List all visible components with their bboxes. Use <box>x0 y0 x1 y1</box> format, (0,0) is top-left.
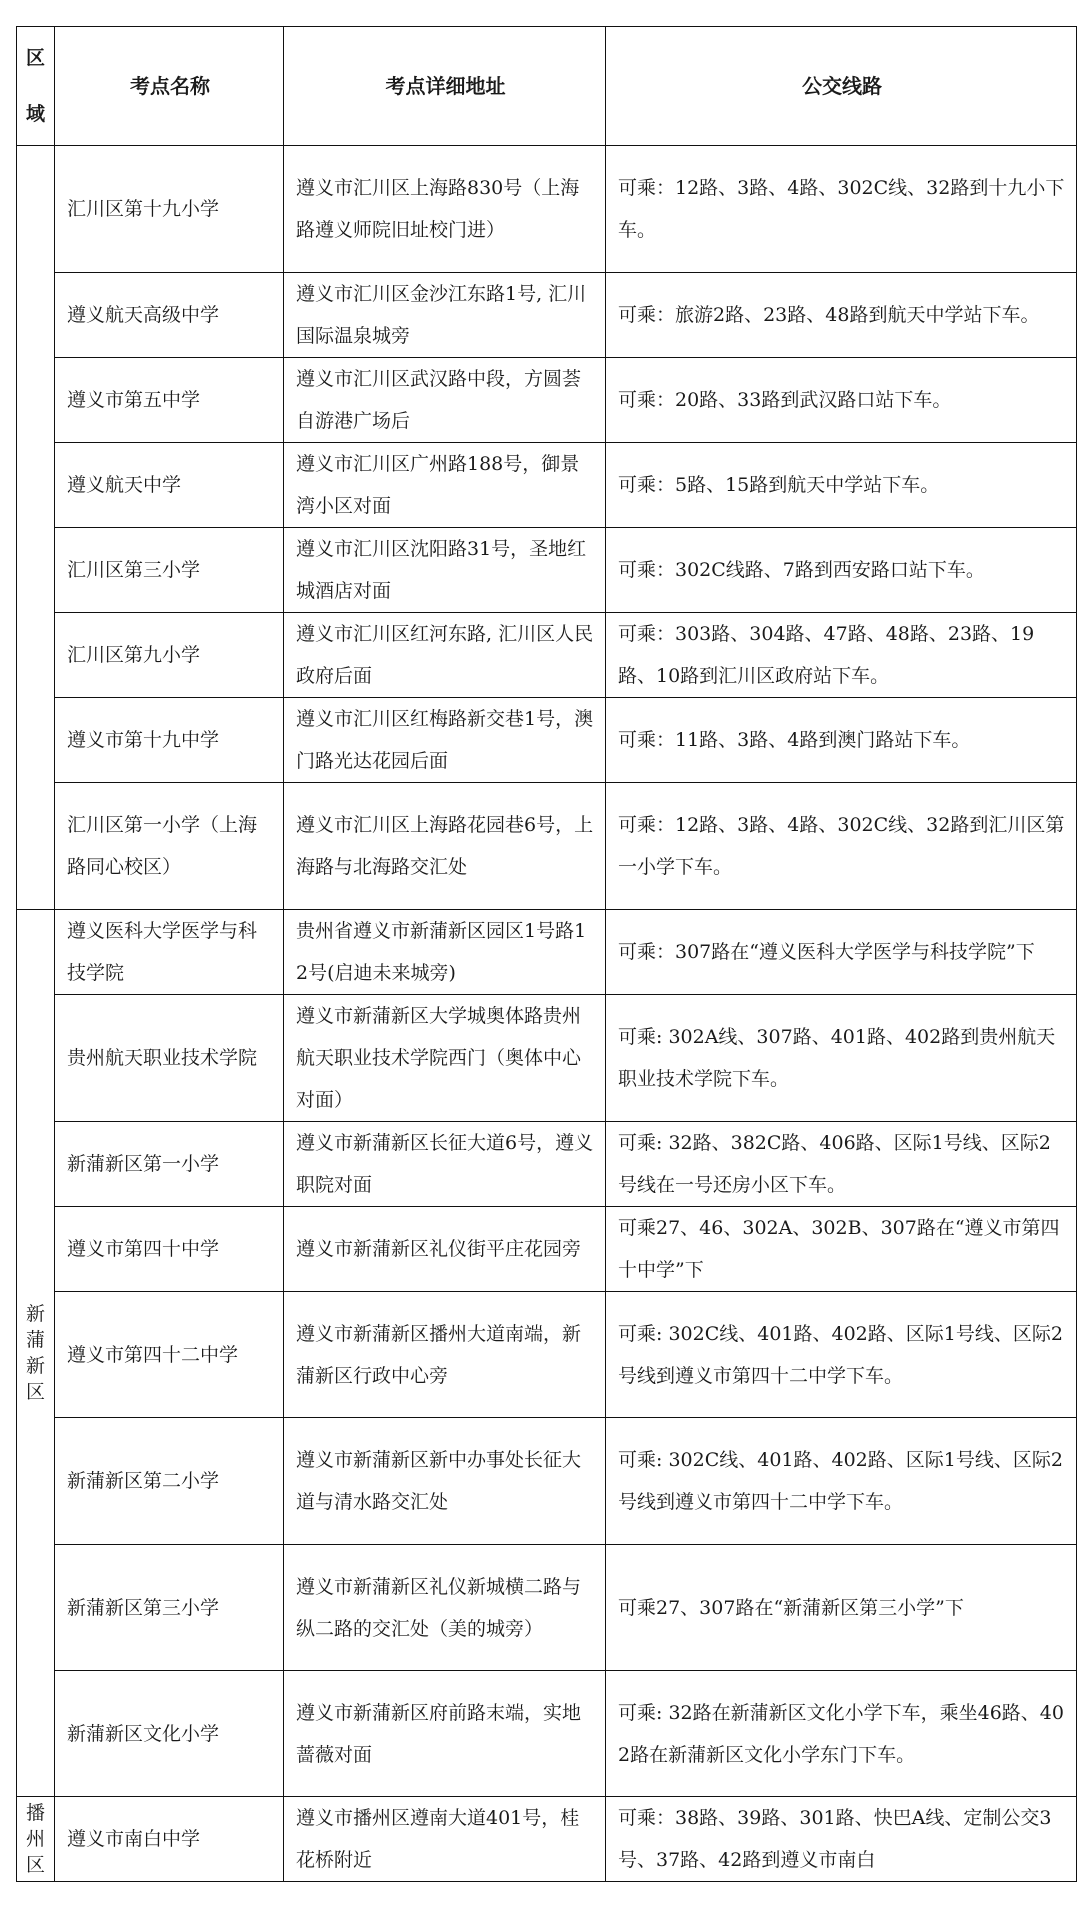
site-name-cell: 遵义市第十九中学 <box>55 698 284 783</box>
table-row: 新蒲新区第一小学遵义市新蒲新区长征大道6号，遵义职院对面可乘: 32路、382C… <box>17 1122 1077 1207</box>
table-row: 遵义航天高级中学遵义市汇川区金沙江东路1号, 汇川国际温泉城旁可乘：旅游2路、2… <box>17 273 1077 358</box>
table-row: 新蒲新区遵义医科大学医学与科技学院贵州省遵义市新蒲新区园区1号路12号(启迪未来… <box>17 910 1077 995</box>
site-name-cell: 遵义航天高级中学 <box>55 273 284 358</box>
region-cell: 播州区 <box>17 1797 55 1882</box>
site-address-cell: 遵义市汇川区金沙江东路1号, 汇川国际温泉城旁 <box>284 273 606 358</box>
region-cell <box>17 146 55 910</box>
bus-route-cell: 可乘: 302C线、401路、402路、区际1号线、区际2号线到遵义市第四十二中… <box>606 1292 1077 1418</box>
bus-route-cell: 可乘: 32路、382C路、406路、区际1号线、区际2号线在一号还房小区下车。 <box>606 1122 1077 1207</box>
table-row: 新蒲新区第二小学遵义市新蒲新区新中办事处长征大道与清水路交汇处可乘: 302C线… <box>17 1418 1077 1545</box>
site-address-cell: 遵义市新蒲新区播州大道南端，新蒲新区行政中心旁 <box>284 1292 606 1418</box>
table-row: 遵义市第五中学遵义市汇川区武汉路中段，方圆荟自游港广场后可乘：20路、33路到武… <box>17 358 1077 443</box>
bus-route-cell: 可乘：11路、3路、4路到澳门路站下车。 <box>606 698 1077 783</box>
table-row: 遵义市第四十二中学遵义市新蒲新区播州大道南端，新蒲新区行政中心旁可乘: 302C… <box>17 1292 1077 1418</box>
site-address-cell: 遵义市汇川区沈阳路31号，圣地红城酒店对面 <box>284 528 606 613</box>
bus-route-cell: 可乘: 302C线、401路、402路、区际1号线、区际2号线到遵义市第四十二中… <box>606 1418 1077 1545</box>
site-name-cell: 遵义市第四十二中学 <box>55 1292 284 1418</box>
site-address-cell: 遵义市新蒲新区新中办事处长征大道与清水路交汇处 <box>284 1418 606 1545</box>
region-label: 播州区 <box>25 1800 47 1878</box>
site-name-cell: 汇川区第一小学（上海路同心校区） <box>55 783 284 910</box>
site-address-cell: 遵义市汇川区武汉路中段，方圆荟自游港广场后 <box>284 358 606 443</box>
site-name-cell: 新蒲新区第一小学 <box>55 1122 284 1207</box>
site-name-cell: 汇川区第十九小学 <box>55 146 284 273</box>
table-row: 新蒲新区第三小学遵义市新蒲新区礼仪新城横二路与纵二路的交汇处（美的城旁）可乘27… <box>17 1545 1077 1671</box>
header-name: 考点名称 <box>55 27 284 146</box>
site-name-cell: 遵义医科大学医学与科技学院 <box>55 910 284 995</box>
table-row: 贵州航天职业技术学院遵义市新蒲新区大学城奥体路贵州航天职业技术学院西门（奥体中心… <box>17 995 1077 1122</box>
site-address-cell: 遵义市汇川区广州路188号，御景湾小区对面 <box>284 443 606 528</box>
table-header-row: 区域 考点名称 考点详细地址 公交线路 <box>17 27 1077 146</box>
site-address-cell: 遵义市汇川区红河东路, 汇川区人民政府后面 <box>284 613 606 698</box>
bus-route-cell: 可乘：302C线路、7路到西安路口站下车。 <box>606 528 1077 613</box>
header-region: 区域 <box>17 27 55 146</box>
site-address-cell: 贵州省遵义市新蒲新区园区1号路12号(启迪未来城旁) <box>284 910 606 995</box>
bus-route-cell: 可乘: 32路在新蒲新区文化小学下车，乘坐46路、402路在新蒲新区文化小学东门… <box>606 1671 1077 1797</box>
bus-route-cell: 可乘：303路、304路、47路、48路、23路、19路、10路到汇川区政府站下… <box>606 613 1077 698</box>
bus-route-cell: 可乘：5路、15路到航天中学站下车。 <box>606 443 1077 528</box>
table-row: 汇川区第九小学遵义市汇川区红河东路, 汇川区人民政府后面可乘：303路、304路… <box>17 613 1077 698</box>
table-row: 新蒲新区文化小学遵义市新蒲新区府前路末端，实地蔷薇对面可乘: 32路在新蒲新区文… <box>17 1671 1077 1797</box>
site-address-cell: 遵义市播州区遵南大道401号，桂花桥附近 <box>284 1797 606 1882</box>
table-row: 播州区遵义市南白中学遵义市播州区遵南大道401号，桂花桥附近可乘：38路、39路… <box>17 1797 1077 1882</box>
site-name-cell: 新蒲新区文化小学 <box>55 1671 284 1797</box>
table-row: 遵义航天中学遵义市汇川区广州路188号，御景湾小区对面可乘：5路、15路到航天中… <box>17 443 1077 528</box>
site-address-cell: 遵义市新蒲新区大学城奥体路贵州航天职业技术学院西门（奥体中心对面） <box>284 995 606 1122</box>
site-address-cell: 遵义市汇川区红梅路新交巷1号，澳门路光达花园后面 <box>284 698 606 783</box>
bus-route-cell: 可乘：307路在“遵义医科大学医学与科技学院”下 <box>606 910 1077 995</box>
table-row: 汇川区第三小学遵义市汇川区沈阳路31号，圣地红城酒店对面可乘：302C线路、7路… <box>17 528 1077 613</box>
site-address-cell: 遵义市汇川区上海路花园巷6号，上海路与北海路交汇处 <box>284 783 606 910</box>
region-label: 新蒲新区 <box>25 1301 47 1405</box>
bus-route-cell: 可乘：12路、3路、4路、302C线、32路到汇川区第一小学下车。 <box>606 783 1077 910</box>
site-name-cell: 汇川区第九小学 <box>55 613 284 698</box>
site-name-cell: 新蒲新区第二小学 <box>55 1418 284 1545</box>
site-name-cell: 汇川区第三小学 <box>55 528 284 613</box>
site-name-cell: 贵州航天职业技术学院 <box>55 995 284 1122</box>
table-row: 汇川区第一小学（上海路同心校区）遵义市汇川区上海路花园巷6号，上海路与北海路交汇… <box>17 783 1077 910</box>
site-address-cell: 遵义市新蒲新区礼仪街平庄花园旁 <box>284 1207 606 1292</box>
site-name-cell: 遵义市第四十中学 <box>55 1207 284 1292</box>
site-name-cell: 遵义市南白中学 <box>55 1797 284 1882</box>
site-address-cell: 遵义市新蒲新区礼仪新城横二路与纵二路的交汇处（美的城旁） <box>284 1545 606 1671</box>
site-name-cell: 遵义市第五中学 <box>55 358 284 443</box>
site-address-cell: 遵义市新蒲新区府前路末端，实地蔷薇对面 <box>284 1671 606 1797</box>
bus-route-cell: 可乘: 302A线、307路、401路、402路到贵州航天职业技术学院下车。 <box>606 995 1077 1122</box>
exam-site-table: 区域 考点名称 考点详细地址 公交线路 汇川区第十九小学遵义市汇川区上海路830… <box>16 26 1077 1882</box>
region-cell: 新蒲新区 <box>17 910 55 1797</box>
header-address: 考点详细地址 <box>284 27 606 146</box>
bus-route-cell: 可乘：旅游2路、23路、48路到航天中学站下车。 <box>606 273 1077 358</box>
bus-route-cell: 可乘：20路、33路到武汉路口站下车。 <box>606 358 1077 443</box>
site-name-cell: 遵义航天中学 <box>55 443 284 528</box>
site-address-cell: 遵义市新蒲新区长征大道6号，遵义职院对面 <box>284 1122 606 1207</box>
bus-route-cell: 可乘27、46、302A、302B、307路在“遵义市第四十中学”下 <box>606 1207 1077 1292</box>
bus-route-cell: 可乘27、307路在“新蒲新区第三小学”下 <box>606 1545 1077 1671</box>
bus-route-cell: 可乘：38路、39路、301路、快巴A线、定制公交3号、37路、42路到遵义市南… <box>606 1797 1077 1882</box>
table-row: 汇川区第十九小学遵义市汇川区上海路830号（上海路遵义师院旧址校门进）可乘：12… <box>17 146 1077 273</box>
site-name-cell: 新蒲新区第三小学 <box>55 1545 284 1671</box>
site-address-cell: 遵义市汇川区上海路830号（上海路遵义师院旧址校门进） <box>284 146 606 273</box>
table-row: 遵义市第四十中学遵义市新蒲新区礼仪街平庄花园旁可乘27、46、302A、302B… <box>17 1207 1077 1292</box>
bus-route-cell: 可乘：12路、3路、4路、302C线、32路到十九小下车。 <box>606 146 1077 273</box>
table-row: 遵义市第十九中学遵义市汇川区红梅路新交巷1号，澳门路光达花园后面可乘：11路、3… <box>17 698 1077 783</box>
header-bus: 公交线路 <box>606 27 1077 146</box>
